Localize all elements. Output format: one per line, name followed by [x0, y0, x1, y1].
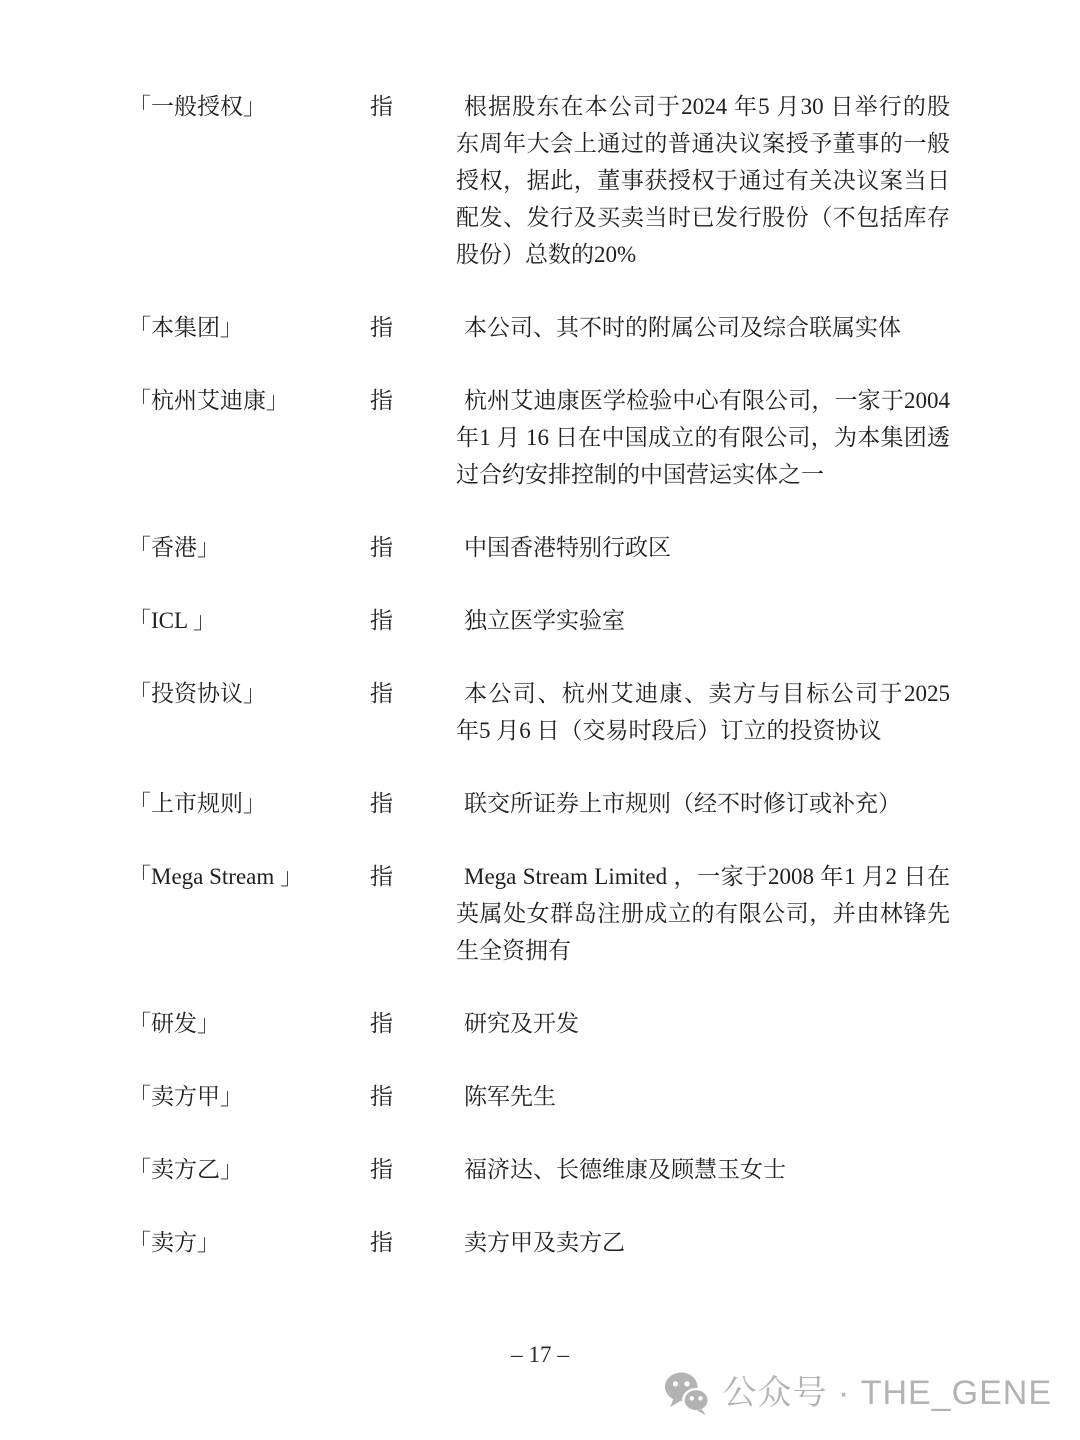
definition-text: 研究及开发: [456, 1005, 950, 1042]
definition-text: 中国香港特别行政区: [456, 529, 950, 566]
connector-label: 指: [370, 858, 456, 969]
definition-text: 卖方甲及卖方乙: [456, 1224, 950, 1261]
connector-label: 指: [370, 529, 456, 566]
term-label: 「研发」: [128, 1005, 370, 1042]
definition-entry: 「上市规则」 指 联交所证券上市规则（经不时修订或补充）: [128, 785, 952, 822]
term-label: 「香港」: [128, 529, 370, 566]
definition-text: 联交所证券上市规则（经不时修订或补充）: [456, 785, 950, 822]
definition-entry: 「研发」 指 研究及开发: [128, 1005, 952, 1042]
definition-entry: 「卖方」 指 卖方甲及卖方乙: [128, 1224, 952, 1261]
connector-label: 指: [370, 1224, 456, 1261]
connector-label: 指: [370, 675, 456, 749]
term-label: 「投资协议」: [128, 675, 370, 749]
connector-label: 指: [370, 602, 456, 639]
definition-entry: 「ICL 」 指 独立医学实验室: [128, 602, 952, 639]
definition-entry: 「卖方甲」 指 陈军先生: [128, 1078, 952, 1115]
term-label: 「一般授权」: [128, 88, 370, 273]
term-label: 「上市规则」: [128, 785, 370, 822]
connector-label: 指: [370, 382, 456, 493]
term-label: 「本集团」: [128, 309, 370, 346]
term-label: 「Mega Stream 」: [128, 858, 370, 969]
connector-label: 指: [370, 1078, 456, 1115]
definition-text: 陈军先生: [456, 1078, 950, 1115]
term-label: 「卖方乙」: [128, 1151, 370, 1188]
term-label: 「卖方」: [128, 1224, 370, 1261]
connector-label: 指: [370, 785, 456, 822]
definition-text: 福济达、长德维康及顾慧玉女士: [456, 1151, 950, 1188]
connector-label: 指: [370, 309, 456, 346]
definition-text: 独立医学实验室: [456, 602, 950, 639]
document-page: 「一般授权」 指 根据股东在本公司于2024 年5 月30 日举行的股东周年大会…: [0, 0, 1080, 1440]
term-label: 「ICL 」: [128, 602, 370, 639]
definition-text: 根据股东在本公司于2024 年5 月30 日举行的股东周年大会上通过的普通决议案…: [456, 88, 950, 273]
definition-entry: 「杭州艾迪康」 指 杭州艾迪康医学检验中心有限公司，一家于2004 年1 月 1…: [128, 382, 952, 493]
definitions-list: 「一般授权」 指 根据股东在本公司于2024 年5 月30 日举行的股东周年大会…: [128, 88, 952, 1297]
term-label: 「卖方甲」: [128, 1078, 370, 1115]
connector-label: 指: [370, 88, 456, 273]
definition-entry: 「卖方乙」 指 福济达、长德维康及顾慧玉女士: [128, 1151, 952, 1188]
definition-text: Mega Stream Limited ，一家于2008 年1 月2 日在英属处…: [456, 858, 950, 969]
definition-entry: 「一般授权」 指 根据股东在本公司于2024 年5 月30 日举行的股东周年大会…: [128, 88, 952, 273]
definition-entry: 「Mega Stream 」 指 Mega Stream Limited ，一家…: [128, 858, 952, 969]
connector-label: 指: [370, 1151, 456, 1188]
definition-text: 杭州艾迪康医学检验中心有限公司，一家于2004 年1 月 16 日在中国成立的有…: [456, 382, 950, 493]
page-number: – 17 –: [0, 1340, 1080, 1370]
definition-text: 本公司、杭州艾迪康、卖方与目标公司于2025 年5 月6 日（交易时段后）订立的…: [456, 675, 950, 749]
definition-entry: 「投资协议」 指 本公司、杭州艾迪康、卖方与目标公司于2025 年5 月6 日（…: [128, 675, 952, 749]
wechat-icon: [663, 1370, 711, 1416]
definition-text: 本公司、其不时的附属公司及综合联属实体: [456, 309, 950, 346]
definition-entry: 「香港」 指 中国香港特别行政区: [128, 529, 952, 566]
watermark: 公众号 · THE_GENE: [663, 1370, 1052, 1416]
definition-entry: 「本集团」 指 本公司、其不时的附属公司及综合联属实体: [128, 309, 952, 346]
connector-label: 指: [370, 1005, 456, 1042]
term-label: 「杭州艾迪康」: [128, 382, 370, 493]
watermark-text: 公众号 · THE_GENE: [723, 1370, 1052, 1416]
